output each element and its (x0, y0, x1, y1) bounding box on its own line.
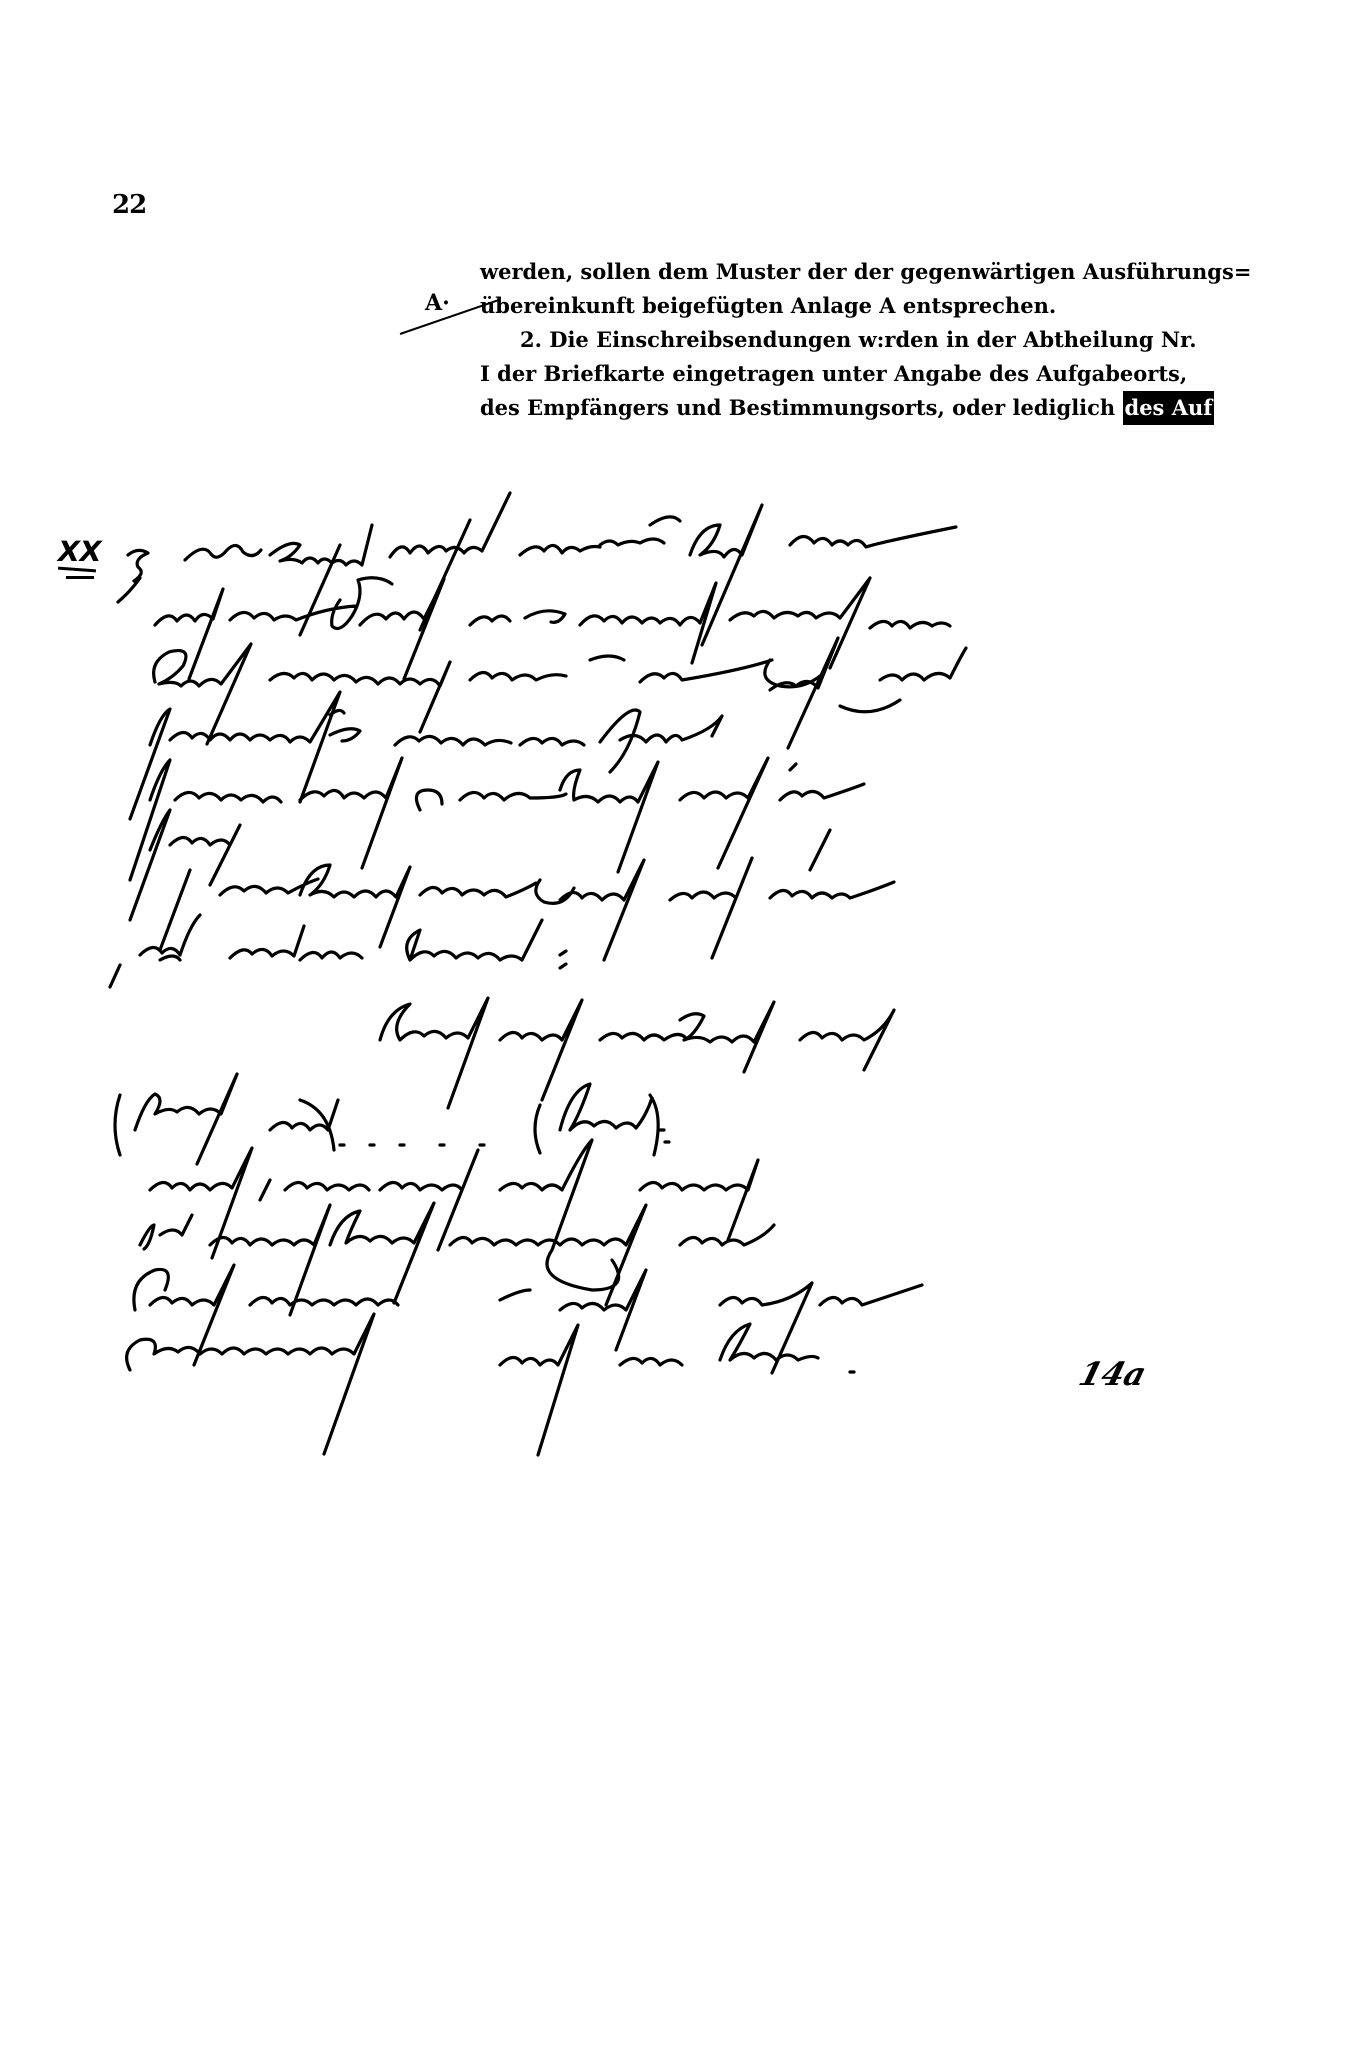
handwritten-insert: XX die zurückzusendenden Rückscheine wer… (0, 0, 1360, 2048)
handwriting-ink (0, 0, 1360, 2048)
folio-number: 14a (1075, 1355, 1150, 1393)
